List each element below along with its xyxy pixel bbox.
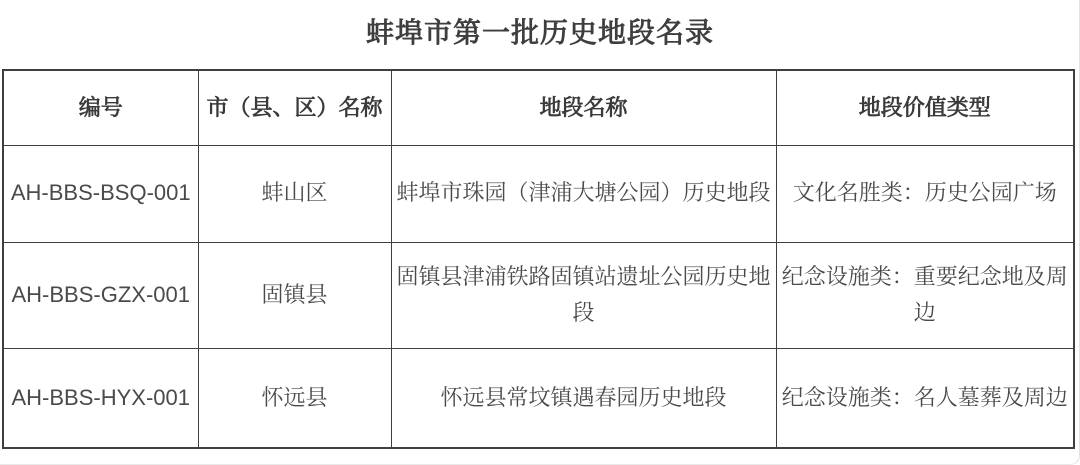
cell-id: AH-BBS-BSQ-001 xyxy=(3,145,198,242)
cell-site-name: 蚌埠市珠园（津浦大塘公园）历史地段 xyxy=(391,145,776,242)
cell-district: 蚌山区 xyxy=(198,145,391,242)
cell-id: AH-BBS-HYX-001 xyxy=(3,348,198,448)
cell-value-type: 纪念设施类：重要纪念地及周边 xyxy=(776,242,1074,348)
header-cell-district: 市（县、区）名称 xyxy=(198,70,391,145)
cell-district: 怀远县 xyxy=(198,348,391,448)
cell-value-type: 纪念设施类：名人墓葬及周边 xyxy=(776,348,1074,448)
table-row: AH-BBS-BSQ-001 蚌山区 蚌埠市珠园（津浦大塘公园）历史地段 文化名… xyxy=(3,145,1074,242)
cell-district: 固镇县 xyxy=(198,242,391,348)
header-cell-id: 编号 xyxy=(3,70,198,145)
cell-id: AH-BBS-GZX-001 xyxy=(3,242,198,348)
header-cell-site-name: 地段名称 xyxy=(391,70,776,145)
cell-site-name: 固镇县津浦铁路固镇站遗址公园历史地段 xyxy=(391,242,776,348)
historical-districts-table: 编号 市（县、区）名称 地段名称 地段价值类型 AH-BBS-BSQ-001 蚌… xyxy=(2,69,1075,449)
table-row: AH-BBS-GZX-001 固镇县 固镇县津浦铁路固镇站遗址公园历史地段 纪念… xyxy=(3,242,1074,348)
table-row: AH-BBS-HYX-001 怀远县 怀远县常坟镇遇春园历史地段 纪念设施类：名… xyxy=(3,348,1074,448)
header-row: 编号 市（县、区）名称 地段名称 地段价值类型 xyxy=(3,70,1074,145)
header-cell-value-type: 地段价值类型 xyxy=(776,70,1074,145)
document-title: 蚌埠市第一批历史地段名录 xyxy=(0,0,1080,69)
cell-site-name: 怀远县常坟镇遇春园历史地段 xyxy=(391,348,776,448)
cell-value-type: 文化名胜类：历史公园广场 xyxy=(776,145,1074,242)
